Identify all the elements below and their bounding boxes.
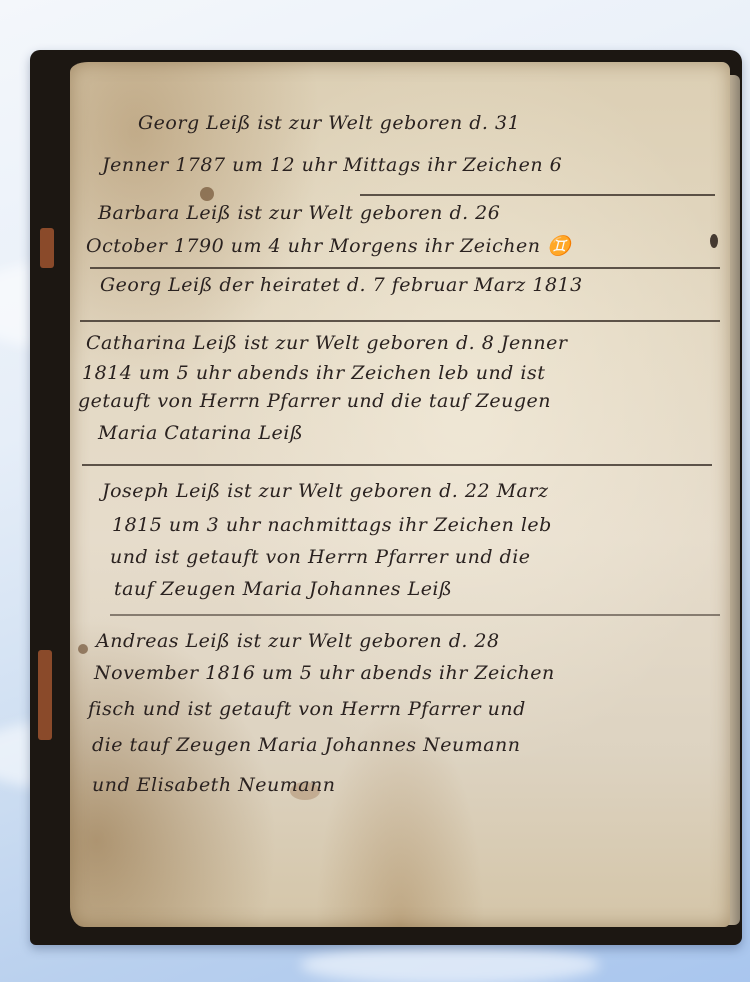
entry-line: 1815 um 3 uhr nachmittags ihr Zeichen le… — [112, 514, 552, 536]
entry-line: die tauf Zeugen Maria Johannes Neumann — [92, 734, 521, 756]
entry-line: Jenner 1787 um 12 uhr Mittags ihr Zeiche… — [102, 154, 562, 176]
entry-line: Joseph Leiß ist zur Welt geboren d. 22 M… — [102, 480, 548, 502]
divider-line — [360, 194, 715, 196]
entry-line: 1814 um 5 uhr abends ihr Zeichen leb und… — [82, 362, 545, 384]
entry-line: Catharina Leiß ist zur Welt geboren d. 8… — [86, 332, 568, 354]
entry-line: Georg Leiß der heiratet d. 7 februar Mar… — [100, 274, 583, 296]
leather-corner-tab — [38, 650, 52, 740]
entry-line: November 1816 um 5 uhr abends ihr Zeiche… — [94, 662, 555, 684]
entry-line: October 1790 um 4 uhr Morgens ihr Zeiche… — [86, 234, 571, 257]
divider-line — [110, 614, 720, 616]
register-page: Georg Leiß ist zur Welt geboren d. 31 Je… — [70, 62, 730, 927]
entry-line: Andreas Leiß ist zur Welt geboren d. 28 — [96, 630, 500, 652]
entry-line: getauft von Herrn Pfarrer und die tauf Z… — [78, 390, 551, 412]
entry-line: Barbara Leiß ist zur Welt geboren d. 26 — [98, 202, 500, 224]
entry-line: und Elisabeth Neumann — [92, 774, 336, 796]
entry-line: Georg Leiß ist zur Welt geboren d. 31 — [138, 112, 520, 134]
entry-line: Maria Catarina Leiß — [98, 422, 303, 444]
entry-line: tauf Zeugen Maria Johannes Leiß — [114, 578, 452, 600]
divider-line — [90, 267, 720, 269]
leather-corner-tab — [40, 228, 54, 268]
divider-line — [82, 464, 712, 466]
divider-line — [80, 320, 720, 322]
cloth-fold — [300, 945, 600, 982]
entry-line: fisch und ist getauft von Herrn Pfarrer … — [88, 698, 526, 720]
entry-line: und ist getauft von Herrn Pfarrer und di… — [110, 546, 531, 568]
entries: Georg Leiß ist zur Welt geboren d. 31 Je… — [70, 62, 730, 927]
